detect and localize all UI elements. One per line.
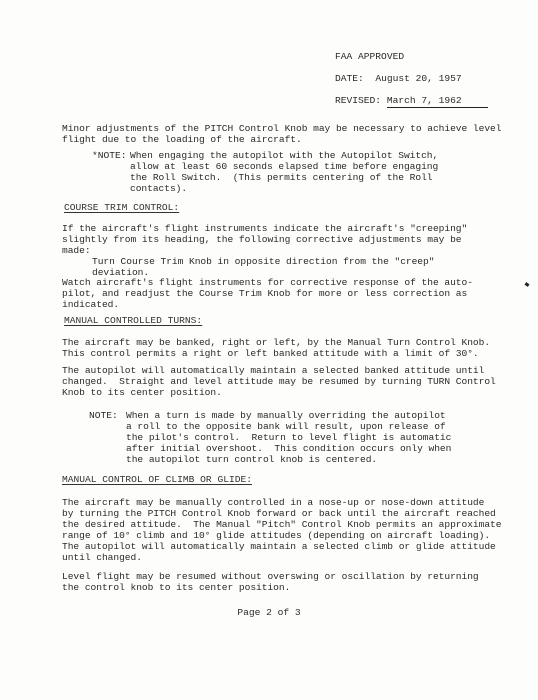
revised-label: REVISED: (335, 95, 381, 106)
climb-glide-paragraph-2: Level flight may be resumed without over… (62, 571, 479, 593)
climb-glide-heading: MANUAL CONTROL OF CLIMB OR GLIDE: (62, 474, 252, 485)
manual-turns-paragraph-1: The aircraft may be banked, right or lef… (62, 337, 490, 359)
margin-mark (525, 282, 530, 287)
date-label: DATE: (335, 73, 364, 84)
faa-approved-label: FAA APPROVED (335, 46, 488, 68)
date-row: DATE: August 20, 1957 (335, 68, 488, 90)
course-trim-heading: COURSE TRIM CONTROL: (64, 202, 179, 213)
manual-turns-paragraph-2: The autopilot will automatically maintai… (62, 365, 496, 398)
course-trim-instruction: Turn Course Trim Knob in opposite direct… (92, 256, 434, 278)
approval-header: FAA APPROVED DATE: August 20, 1957 REVIS… (335, 46, 488, 112)
revised-row: REVISED: March 7, 1962 (335, 90, 488, 112)
page-number: Page 2 of 3 (0, 607, 538, 618)
course-trim-paragraph-2: Watch aircraft's flight instruments for … (62, 277, 473, 310)
manual-turns-note-label: NOTE: (89, 410, 118, 421)
climb-glide-paragraph-1: The aircraft may be manually controlled … (62, 497, 501, 563)
manual-turns-note-text: When a turn is made by manually overridi… (126, 410, 451, 465)
document-page: FAA APPROVED DATE: August 20, 1957 REVIS… (0, 0, 538, 700)
date-value: August 20, 1957 (375, 73, 461, 84)
course-trim-paragraph-1: If the aircraft's flight instruments ind… (62, 223, 467, 256)
intro-paragraph: Minor adjustments of the PITCH Control K… (62, 123, 501, 145)
revised-value: March 7, 1962 (387, 94, 488, 108)
intro-note-text: When engaging the autopilot with the Aut… (130, 150, 438, 194)
manual-turns-heading: MANUAL CONTROLLED TURNS: (64, 315, 202, 326)
intro-note-label: *NOTE: (92, 150, 127, 161)
